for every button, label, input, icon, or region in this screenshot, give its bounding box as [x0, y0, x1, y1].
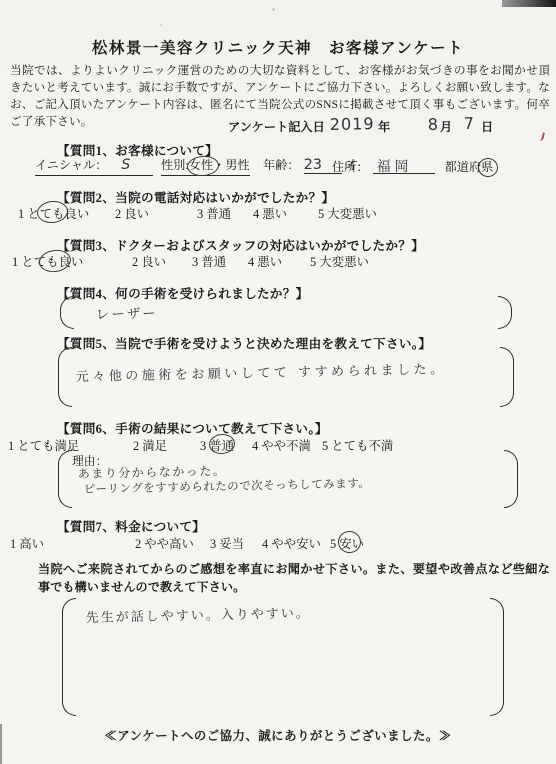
address-value: 福岡: [377, 159, 413, 175]
left-bracket: [58, 450, 72, 508]
gender-field: 性別:女性・男性: [161, 156, 250, 176]
scan-speck: [160, 24, 162, 26]
date-month-unit: 月: [440, 118, 452, 135]
closing-message: ≪アンケートへのご協力、誠にありがとうございました。≫: [0, 726, 556, 744]
option: 5 大変悪い: [318, 204, 377, 222]
free-comment-box: 先生が話しやすい。入りやすい。: [62, 598, 504, 716]
age-label: 年齢：: [263, 158, 300, 172]
left-bracket: [60, 296, 74, 329]
left-bracket: [58, 347, 72, 407]
date-year-value: 2019: [330, 114, 375, 134]
gender-options: 女性・男性: [189, 158, 250, 172]
option: 4 悪い: [248, 252, 282, 270]
option: 2 やや高い: [135, 534, 194, 552]
option: 3 妥当: [210, 534, 244, 552]
q1-fields-row: イニシャル： S 性別:女性・男性 年齢： 23 才 住所： 福岡 都道府県: [0, 156, 556, 177]
scan-speck: [272, 8, 275, 11]
option: 1 とても良い: [12, 252, 83, 270]
option: 5 大変悪い: [310, 252, 369, 270]
option: 4 悪い: [253, 204, 287, 222]
date-month-value: 8: [428, 115, 439, 134]
option: 1 とても良い: [18, 204, 89, 222]
q7-header: 【質問7、料金について】: [57, 516, 205, 535]
q2-options-row: 1 とても良い 2 良い 3 普通 4 悪い 5 大変悪い: [0, 204, 556, 224]
q4-answer-box: レーザー: [60, 296, 512, 329]
date-day-unit: 日: [481, 118, 493, 135]
initial-value: S: [121, 157, 130, 173]
scan-edge-artifact-top-right: [502, 0, 556, 7]
form-title: 松林景一美容クリニック天神 お客様アンケート: [0, 36, 556, 58]
q7-options-row: 1 高い 2 やや高い 3 妥当 4 やや安い 5 安い: [0, 534, 556, 554]
free-comment-value: 先生が話しやすい。入りやすい。: [86, 602, 311, 626]
red-pen-mark: [537, 131, 545, 141]
age-value: 23: [304, 157, 322, 173]
q6-header: 【質問6、手術の結果について教えて下さい。】: [57, 418, 328, 437]
right-bracket: [504, 450, 518, 508]
option: 5 安い: [330, 534, 364, 552]
gender-label: 性別:: [161, 158, 189, 172]
survey-sheet: 松林景一美容クリニック天神 お客様アンケート 当院では、よりよいクリニック運営の…: [0, 0, 556, 764]
q5-answer-value: 元々他の施術をお願いしてて すすめられました。: [76, 358, 447, 385]
address-suffix: 都道府県: [445, 160, 494, 174]
right-bracket: [490, 598, 504, 716]
q5-answer-box: 元々他の施術をお願いしてて すすめられました。: [58, 347, 514, 407]
date-day-value: 7: [464, 114, 475, 133]
initial-field: イニシャル： S: [35, 156, 153, 176]
date-year-unit: 年: [378, 118, 390, 135]
right-bracket: [500, 347, 514, 407]
address-field: 住所： 福岡 都道府県: [332, 156, 493, 175]
initial-label: イニシャル：: [35, 158, 107, 172]
right-bracket: [498, 296, 512, 329]
option: 3 普通: [197, 204, 231, 222]
address-label: 住所：: [332, 160, 369, 174]
q4-answer-value: レーザー: [96, 302, 158, 323]
date-row: アンケート記入日 2019 年 8 月 7 日: [0, 118, 556, 138]
option: 2 良い: [132, 252, 166, 270]
date-label: アンケート記入日: [228, 118, 325, 135]
q3-options-row: 1 とても良い 2 良い 3 普通 4 悪い 5 大変悪い: [0, 252, 556, 272]
option: 3 普通: [192, 252, 226, 270]
option: 4 やや安い: [262, 534, 321, 552]
option: 1 高い: [10, 534, 44, 552]
left-bracket: [62, 598, 76, 716]
free-comment-prompt: 当院へご来院されてからのご感想を率直にお聞かせ下さい。また、要望や改善点など些細…: [38, 561, 550, 596]
q6-reason-box: 理由： あまり分からなかった。 ピーリングをすすめられたので次そっちしてみます。: [58, 450, 518, 508]
option: 2 良い: [115, 204, 149, 222]
